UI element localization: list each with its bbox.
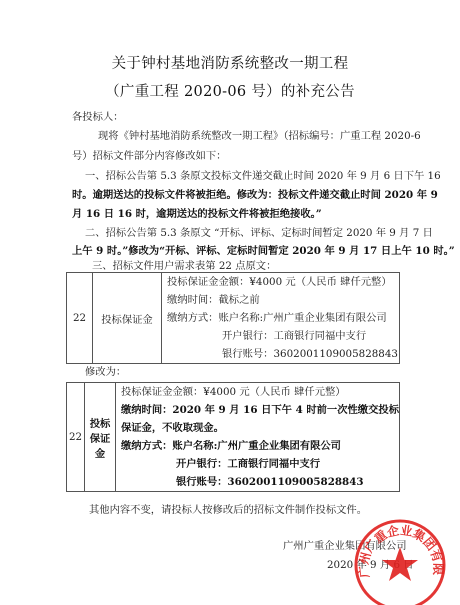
detail-line: 开户银行：工商银行同福中支行 — [121, 455, 399, 473]
document-title-line2: （广重工程 2020-06 号）的补充公告 — [0, 80, 460, 101]
row-item: 投标保证金 — [93, 273, 162, 364]
detail-line: 缴纳方式：账户名称:广州广重企业集团有限公司 — [121, 437, 399, 455]
document-title-line1: 关于钟村基地消防系统整改一期工程 — [0, 52, 460, 73]
detail-line: 银行账号：3602001109005828843 — [167, 345, 399, 363]
row-details: 投标保证金金额：¥4000 元（人民币 肆仟元整） 缴纳时间：2020 年 9 … — [115, 383, 399, 492]
detail-line: 投标保证金金额：¥4000 元（人民币 肆仟元整） — [121, 383, 399, 401]
detail-line: 投标保证金金额：¥4000 元（人民币 肆仟元整） — [167, 273, 399, 291]
salutation: 各投标人： — [72, 111, 123, 124]
closing-text: 其他内容不变，请投标人按修改后的招标文件制作投标文件。 — [89, 504, 367, 517]
signature-date: 2020 年 9 月 6 日 — [327, 559, 414, 572]
detail-line: 保证金，不收取现金。 — [121, 419, 399, 437]
item1-line-2: 时。逾期送达的投标文件将被拒绝。修改为：投标文件递交截止时间 2020 年 9 — [72, 189, 438, 202]
intro-line-2: 号）招标文件部分内容修改如下： — [72, 150, 226, 163]
detail-line: 缴纳时间：2020 年 9 月 16 日下午 4 时前一次性缴交投标 — [121, 401, 399, 419]
item2-line-2: 上午 9 时。”修改为“开标、评标、定标时间暂定 2020 年 9 月 17 日… — [72, 245, 455, 258]
signature-company: 广州广重企业集团有限公司 — [283, 540, 407, 553]
table-row: 22 投标保证金 投标保证金金额：¥4000 元（人民币 肆仟元整） 缴纳时间：… — [67, 273, 400, 364]
detail-line: 缴纳方式：账户名称:广州广重企业集团有限公司 — [167, 309, 399, 327]
detail-line: 缴纳时间：截标之前 — [167, 291, 399, 309]
detail-line: 银行账号：3602001109005828843 — [121, 473, 399, 491]
detail-line: 开户银行：工商银行同福中支行 — [167, 327, 399, 345]
original-requirement-table: 22 投标保证金 投标保证金金额：¥4000 元（人民币 肆仟元整） 缴纳时间：… — [66, 272, 400, 364]
row-number: 22 — [67, 273, 93, 364]
item2-line-1: 二、招标公告第 5.3 条原文 “开标、评标、定标时间暂定 2020 年 9 月… — [85, 227, 433, 240]
item1-line-3: 月 16 日 16 时，逾期送达的投标文件将被拒绝接收。” — [72, 208, 322, 221]
intro-line-1: 现将《钟村基地消防系统整改一期工程》（招标编号：广重工程 2020-6 — [98, 130, 421, 143]
row-number: 22 — [67, 383, 85, 492]
row-item: 投标保证金 — [85, 383, 116, 492]
row-details: 投标保证金金额：¥4000 元（人民币 肆仟元整） 缴纳时间：截标之前 缴纳方式… — [162, 273, 400, 364]
modified-requirement-table: 22 投标保证金 投标保证金金额：¥4000 元（人民币 肆仟元整） 缴纳时间：… — [66, 382, 400, 492]
table-row: 22 投标保证金 投标保证金金额：¥4000 元（人民币 肆仟元整） 缴纳时间：… — [67, 383, 400, 492]
modified-label: 修改为： — [85, 366, 126, 379]
item1-line-1: 一、招标公告第 5.3 条原文投标文件递交截止时间 2020 年 9 月 6 日… — [85, 170, 441, 183]
